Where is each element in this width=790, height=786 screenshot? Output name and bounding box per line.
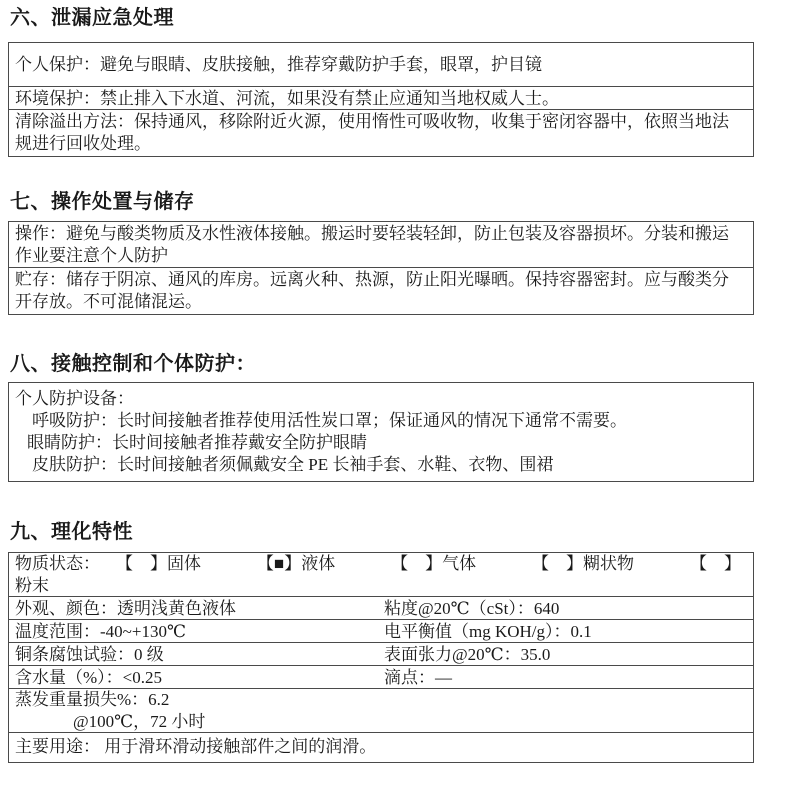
- electric-balance-value: 电平衡值（mg KOH/g）：0.1: [384, 620, 743, 642]
- checkbox-liquid-checked: 【■】液体: [257, 553, 335, 575]
- section-8-title: 八、接触控制和个体防护：: [10, 352, 790, 376]
- personal-protection-box: 个人防护设备： 呼吸防护：长时间接触者推荐使用活性炭口罩；保证通风的情况下通常不…: [8, 382, 754, 482]
- table-row-personal-protection: 个人保护：避免与眼睛、皮肤接触，推荐穿戴防护手套，眼罩，护目镜: [9, 43, 753, 87]
- checkbox-powder-bracket: 【 】: [690, 553, 741, 575]
- physical-state-line: 物质状态： 【 】固体 【■】液体 【 】气体 【 】糊状物 【 】: [15, 553, 743, 575]
- respiratory-protection-line: 呼吸防护：长时间接触者推荐使用活性炭口罩；保证通风的情况下通常不需要。: [15, 410, 743, 432]
- checkbox-solid: 【 】固体: [116, 553, 201, 575]
- table-row-temperature-balance: 温度范围：-40~+130℃ 电平衡值（mg KOH/g）：0.1: [9, 620, 753, 643]
- table-row-operation: 操作：避免与酸类物质及水性液体接触。搬运时要轻装轻卸，防止包装及容器损坏。分装和…: [9, 222, 753, 268]
- evaporation-loss-condition: @100℃，72 小时: [15, 711, 743, 733]
- section-exposure-control: 八、接触控制和个体防护： 个人防护设备： 呼吸防护：长时间接触者推荐使用活性炭口…: [0, 352, 790, 482]
- surface-tension-value: 表面张力@20℃：35.0: [384, 643, 743, 665]
- viscosity-value: 粘度@20℃（cSt）：640: [384, 597, 743, 619]
- ppe-heading-line: 个人防护设备：: [15, 388, 743, 410]
- handling-storage-table: 操作：避免与酸类物质及水性液体接触。搬运时要轻装轻卸，防止包装及容器损坏。分装和…: [8, 221, 754, 315]
- table-row-water-droppoint: 含水量（%）：<0.25 滴点：—: [9, 666, 753, 689]
- eye-protection-line: 眼睛防护：长时间接触者推荐戴安全防护眼睛: [15, 432, 743, 454]
- section-6-title: 六、泄漏应急处理: [10, 6, 790, 30]
- section-9-title: 九、理化特性: [10, 520, 790, 544]
- section-handling-storage: 七、操作处置与储存 操作：避免与酸类物质及水性液体接触。搬运时要轻装轻卸，防止包…: [0, 190, 790, 315]
- physical-state-label: 物质状态：: [15, 553, 100, 575]
- document-page: 六、泄漏应急处理 个人保护：避免与眼睛、皮肤接触，推荐穿戴防护手套，眼罩，护目镜…: [0, 0, 790, 786]
- temperature-range-value: 温度范围：-40~+130℃: [15, 620, 384, 642]
- table-row-corrosion-tension: 铜条腐蚀试验：0 级 表面张力@20℃：35.0: [9, 643, 753, 666]
- table-row-appearance-viscosity: 外观、颜色：透明浅黄色液体 粘度@20℃（cSt）：640: [9, 597, 753, 620]
- properties-table: 物质状态： 【 】固体 【■】液体 【 】气体 【 】糊状物 【 】 粉末 外观…: [8, 552, 754, 763]
- checkbox-gas: 【 】气体: [391, 553, 476, 575]
- section-leak-emergency: 六、泄漏应急处理 个人保护：避免与眼睛、皮肤接触，推荐穿戴防护手套，眼罩，护目镜…: [0, 6, 790, 157]
- skin-protection-line: 皮肤防护：长时间接触者须佩戴安全 PE 长袖手套、水鞋、衣物、围裙: [15, 454, 743, 476]
- table-row-environment-protection: 环境保护：禁止排入下水道、河流，如果没有禁止应通知当地权威人士。: [9, 87, 753, 110]
- table-row-evaporation-loss: 蒸发重量损失%：6.2 @100℃，72 小时: [9, 689, 753, 733]
- table-row-storage: 贮存：储存于阴凉、通风的库房。远离火种、热源，防止阳光曝晒。保持容器密封。应与酸…: [9, 268, 753, 314]
- copper-corrosion-value: 铜条腐蚀试验：0 级: [15, 643, 384, 665]
- section-7-title: 七、操作处置与储存: [10, 190, 790, 214]
- table-row-spill-cleanup: 清除溢出方法：保持通风，移除附近火源，使用惰性可吸收物，收集于密闭容器中，依照当…: [9, 110, 753, 156]
- appearance-color-value: 外观、颜色：透明浅黄色液体: [15, 597, 384, 619]
- section-physical-chemical-properties: 九、理化特性 物质状态： 【 】固体 【■】液体 【 】气体 【 】糊状物 【 …: [0, 520, 790, 763]
- checkbox-powder-label: 粉末: [15, 575, 743, 597]
- table-row-physical-state: 物质状态： 【 】固体 【■】液体 【 】气体 【 】糊状物 【 】 粉末: [9, 553, 753, 597]
- physical-state-options: 【 】固体 【■】液体 【 】气体 【 】糊状物 【 】: [116, 553, 743, 575]
- drop-point-value: 滴点：—: [384, 666, 743, 688]
- water-content-value: 含水量（%）：<0.25: [15, 666, 384, 688]
- table-row-main-usage: 主要用途： 用于滑环滑动接触部件之间的润滑。: [9, 733, 753, 762]
- evaporation-loss-value: 蒸发重量损失%：6.2: [15, 689, 743, 711]
- checkbox-paste: 【 】糊状物: [532, 553, 634, 575]
- leak-emergency-table: 个人保护：避免与眼睛、皮肤接触，推荐穿戴防护手套，眼罩，护目镜 环境保护：禁止排…: [8, 42, 754, 157]
